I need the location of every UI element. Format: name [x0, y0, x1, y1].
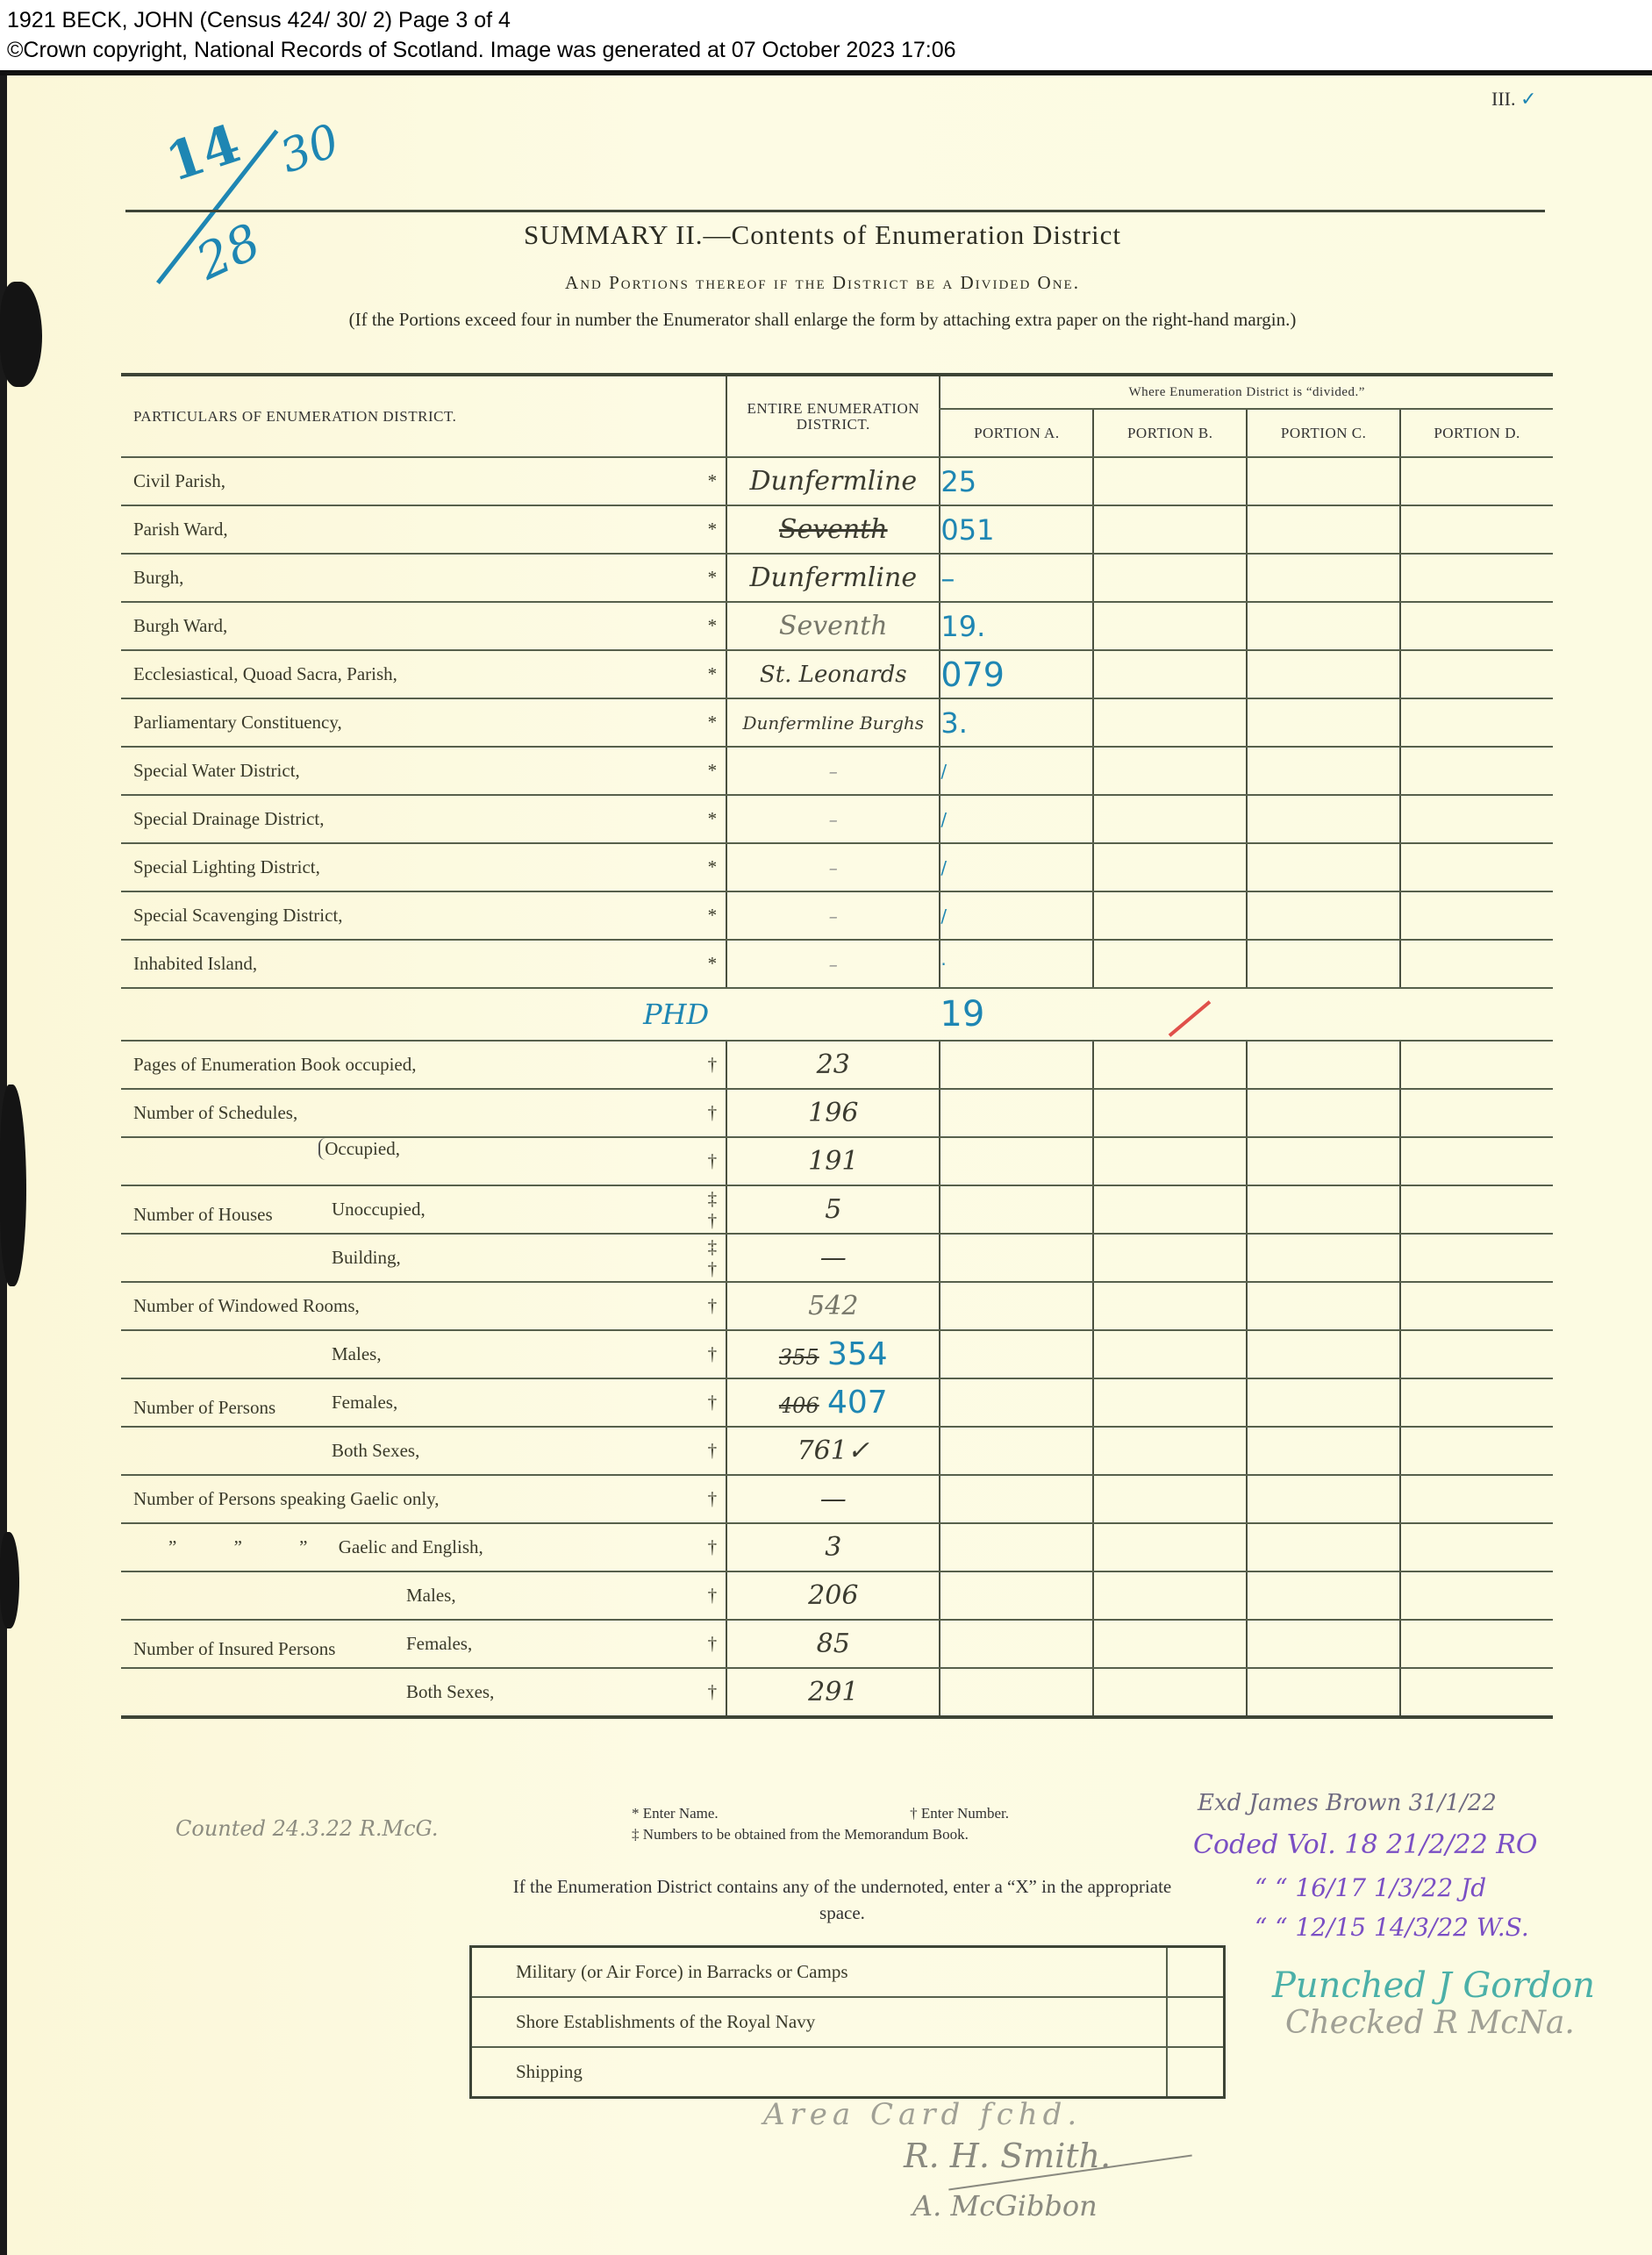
instruction-text: If the Enumeration District contains any… — [491, 1873, 1193, 1926]
portion-d-cell[interactable] — [1400, 891, 1553, 940]
summary-table: PARTICULARS OF ENUMERATION DISTRICT. ENT… — [121, 373, 1553, 1719]
portion-a-cell[interactable] — [940, 1620, 1093, 1668]
entire-value: 5 — [726, 1185, 940, 1234]
row-label: Both Sexes, — [332, 1440, 419, 1461]
table-row: Ecclesiastical, Quoad Sacra, Parish, * S… — [121, 650, 1553, 698]
hw-19: 19 — [940, 988, 1093, 1041]
table-row: Burgh, * Dunfermline – — [121, 554, 1553, 602]
portion-d-cell[interactable] — [1400, 1330, 1553, 1378]
portion-c-cell[interactable] — [1247, 1137, 1400, 1185]
table-row: Unoccupied, ‡ † 5 — [121, 1185, 1553, 1234]
entire-value: 196 — [726, 1089, 940, 1137]
portion-b-cell[interactable] — [1093, 1137, 1247, 1185]
establishment-label: Shore Establishments of the Royal Navy — [471, 1997, 1168, 2047]
table-row: Special Drainage District, * – / — [121, 795, 1553, 843]
struck-value: 406 — [779, 1393, 819, 1418]
table-row: Number of Houses Occupied, † 191 — [121, 1137, 1553, 1185]
portion-a-cell[interactable] — [940, 1185, 1093, 1234]
table-row: Number of Windowed Rooms, † 542 — [121, 1282, 1553, 1330]
table-row: Special Scavenging District, * – / — [121, 891, 1553, 940]
hw-coded-1: Coded Vol. 18 21/2/22 RO — [1193, 1829, 1537, 1860]
portion-d-cell[interactable] — [1400, 505, 1553, 554]
row-label: Males, — [332, 1343, 382, 1365]
hw-checked: Checked R McNa. — [1285, 2005, 1575, 2041]
portion-d-cell[interactable] — [1400, 1571, 1553, 1620]
portion-a-cell[interactable] — [940, 1282, 1093, 1330]
table-row: Shipping — [471, 2047, 1225, 2098]
portion-b-cell[interactable] — [1093, 1089, 1247, 1137]
entire-value: Dunfermline — [726, 457, 940, 505]
entire-value: – — [726, 843, 940, 891]
portion-c-cell[interactable] — [1247, 457, 1400, 505]
portion-b-cell[interactable] — [1093, 1620, 1247, 1668]
portion-d-cell[interactable] — [1400, 1282, 1553, 1330]
portion-d-cell[interactable] — [1400, 1523, 1553, 1571]
entire-value: – — [726, 940, 940, 988]
struck-value: 355 — [779, 1345, 819, 1370]
portion-a-value: / — [940, 843, 1093, 891]
special-establishments-table: Military (or Air Force) in Barracks or C… — [469, 1945, 1226, 2099]
portion-d-cell[interactable] — [1400, 457, 1553, 505]
interstitial-left-cell: PHD — [121, 988, 726, 1041]
col-entire: ENTIRE ENUMERATION DISTRICT. — [726, 375, 940, 457]
portion-c-cell[interactable] — [1247, 1620, 1400, 1668]
form-note: (If the Portions exceed four in number t… — [0, 309, 1645, 331]
row-label: Females, — [406, 1633, 472, 1654]
entire-value: Dunfermline Burghs — [726, 698, 940, 747]
portion-c-cell[interactable] — [1247, 940, 1400, 988]
row-label: Burgh Ward, — [121, 602, 702, 650]
section-label: III. — [1491, 88, 1515, 110]
establishment-x-cell[interactable] — [1167, 1947, 1225, 1998]
dagger-mark: † — [702, 1282, 726, 1330]
portion-d-cell[interactable] — [1400, 1185, 1553, 1234]
entire-value: 85 — [726, 1620, 940, 1668]
asterisk-mark: * — [702, 891, 726, 940]
portion-a-value: 051 — [940, 505, 1093, 554]
asterisk-mark: * — [702, 747, 726, 795]
entire-value: 191 — [726, 1137, 940, 1185]
row-label: Occupied, — [325, 1138, 400, 1159]
portion-d-cell[interactable] — [1400, 1089, 1553, 1137]
asterisk-mark: * — [702, 602, 726, 650]
entire-value: 3 — [726, 1523, 940, 1571]
row-label: Special Water District, — [121, 747, 702, 795]
section-number: III. ✓ — [1491, 88, 1536, 111]
portion-b-cell[interactable] — [1093, 1041, 1247, 1089]
footnote-enter-number: † Enter Number. — [910, 1805, 1009, 1822]
dagger-mark: † — [702, 1620, 726, 1668]
form-subtitle: And Portions thereof if the District be … — [0, 272, 1645, 294]
portion-d-cell[interactable] — [1400, 1378, 1553, 1427]
form-title: SUMMARY II.—Contents of Enumeration Dist… — [0, 219, 1645, 251]
ditto-marks: ” ” ” — [133, 1536, 333, 1557]
hw-coded-2: “ “ 16/17 1/3/22 Jd — [1255, 1873, 1486, 1902]
hw-area-card: Area Card fchd. — [763, 2097, 1082, 2132]
establishment-label: Military (or Air Force) in Barracks or C… — [471, 1947, 1168, 1998]
table-row: Females, † 85 — [121, 1620, 1553, 1668]
dagger-mark: † — [702, 1041, 726, 1089]
portion-b-cell[interactable] — [1093, 891, 1247, 940]
entire-value: Seventh — [726, 602, 940, 650]
col-portion-d: PORTION D. — [1400, 409, 1553, 457]
portion-c-cell[interactable] — [1247, 1330, 1400, 1378]
table-row: Number of Persons speaking Gaelic only, … — [121, 1475, 1553, 1523]
portion-c-cell[interactable] — [1247, 1571, 1400, 1620]
corrected-value: 354 — [824, 1336, 888, 1372]
portion-d-cell[interactable] — [1400, 602, 1553, 650]
row-label: Burgh, — [121, 554, 702, 602]
portion-a-cell[interactable] — [940, 1234, 1093, 1282]
asterisk-mark: * — [702, 505, 726, 554]
col-portion-b: PORTION B. — [1093, 409, 1247, 457]
portion-b-cell[interactable] — [1093, 1330, 1247, 1378]
table-row: ” ” ” Gaelic and English, † 3 — [121, 1523, 1553, 1571]
col-portion-c: PORTION C. — [1247, 409, 1400, 457]
portion-b-cell[interactable] — [1093, 602, 1247, 650]
table-row: Shore Establishments of the Royal Navy — [471, 1997, 1225, 2047]
entire-value: — — [726, 1475, 940, 1523]
dagger-mark: † — [702, 1378, 726, 1427]
portion-d-cell[interactable] — [1400, 1137, 1553, 1185]
portion-c-cell[interactable] — [1247, 602, 1400, 650]
portion-c-cell[interactable] — [1247, 843, 1400, 891]
row-label: Building, — [332, 1247, 401, 1268]
portion-d-cell[interactable] — [1400, 650, 1553, 698]
entire-value: Seventh — [726, 505, 940, 554]
portion-d-cell[interactable] — [1400, 1620, 1553, 1668]
asterisk-mark: * — [702, 698, 726, 747]
table-row: Both Sexes, † 291 — [121, 1668, 1553, 1717]
portion-a-cell[interactable] — [940, 1330, 1093, 1378]
entire-value: – — [726, 747, 940, 795]
row-label: Parliamentary Constituency, — [121, 698, 702, 747]
row-label: Males, — [406, 1585, 456, 1607]
portion-a-cell[interactable] — [940, 1041, 1093, 1089]
row-label: Number of Persons speaking Gaelic only, — [121, 1475, 702, 1523]
table-row: Civil Parish, * Dunfermline 25 — [121, 457, 1553, 505]
table-row: Both Sexes, † 761✓ — [121, 1427, 1553, 1475]
row-label: Unoccupied, — [332, 1199, 426, 1220]
houses-group-cell: Number of Houses Occupied, — [121, 1137, 702, 1185]
entire-value: — — [726, 1234, 940, 1282]
check-icon: ✓ — [1520, 88, 1536, 110]
portion-d-cell[interactable] — [1400, 1041, 1553, 1089]
portion-c-cell[interactable] — [1247, 650, 1400, 698]
top-rule — [125, 210, 1545, 212]
binding-blot — [0, 1532, 19, 1629]
interstitial-row: PHD 19 — [121, 988, 1553, 1041]
dagger-mark: † — [702, 1523, 726, 1571]
table-row: Building, ‡ † — — [121, 1234, 1553, 1282]
dagger-mark: † — [702, 1427, 726, 1475]
table-row: Number of Persons Males, † 355 354 — [121, 1330, 1553, 1378]
portion-c-cell[interactable] — [1247, 1475, 1400, 1523]
asterisk-mark: * — [702, 650, 726, 698]
portion-b-cell[interactable] — [1093, 457, 1247, 505]
portion-a-cell[interactable] — [940, 1137, 1093, 1185]
row-label: Ecclesiastical, Quoad Sacra, Parish, — [121, 650, 702, 698]
record-title: 1921 BECK, JOHN (Census 424/ 30/ 2) Page… — [7, 5, 1652, 35]
dagger-mark: ‡ † — [702, 1185, 726, 1234]
dagger-mark: † — [702, 1571, 726, 1620]
portion-a-value: 25 — [940, 457, 1093, 505]
col-portion-a: PORTION A. — [940, 409, 1093, 457]
corrected-value: 407 — [824, 1385, 888, 1421]
table-row: Parish Ward, * Seventh 051 — [121, 505, 1553, 554]
portion-a-value: / — [940, 795, 1093, 843]
portion-a-cell[interactable] — [940, 1668, 1093, 1717]
table-row: Special Water District, * – / — [121, 747, 1553, 795]
portion-b-cell[interactable] — [1093, 795, 1247, 843]
row-label: Inhabited Island, — [121, 940, 702, 988]
portion-b-cell[interactable] — [1093, 1475, 1247, 1523]
portion-c-cell[interactable] — [1247, 505, 1400, 554]
hw-coded-3: “ “ 12/15 14/3/22 W.S. — [1255, 1913, 1529, 1942]
portion-b-cell[interactable] — [1093, 698, 1247, 747]
portion-b-cell[interactable] — [1093, 1427, 1247, 1475]
entire-value: 23 — [726, 1041, 940, 1089]
entire-value: – — [726, 795, 940, 843]
row-label: Parish Ward, — [121, 505, 702, 554]
portion-b-cell[interactable] — [1093, 1282, 1247, 1330]
table-row: Number of Schedules, † 196 — [121, 1089, 1553, 1137]
portion-c-cell[interactable] — [1247, 1234, 1400, 1282]
portion-c-cell[interactable] — [1247, 1427, 1400, 1475]
table-row: Military (or Air Force) in Barracks or C… — [471, 1947, 1225, 1998]
hw-punched: Punched J Gordon — [1272, 1965, 1595, 2006]
red-tick-icon — [1169, 1000, 1212, 1037]
portion-a-cell[interactable] — [940, 1475, 1093, 1523]
entire-value: – — [726, 891, 940, 940]
portion-b-cell[interactable] — [1093, 1668, 1247, 1717]
asterisk-mark: * — [702, 554, 726, 602]
asterisk-mark: * — [702, 940, 726, 988]
brace-icon: Occupied, — [318, 1138, 400, 1160]
entire-value: St. Leonards — [726, 650, 940, 698]
hw-signature-mcgibbon: A. McGibbon — [912, 2189, 1098, 2223]
establishment-x-cell[interactable] — [1167, 2047, 1225, 2098]
portion-b-cell[interactable] — [1093, 1378, 1247, 1427]
portion-c-cell[interactable] — [1247, 795, 1400, 843]
entire-value: 761✓ — [726, 1427, 940, 1475]
portion-d-cell[interactable] — [1400, 698, 1553, 747]
col-particulars: PARTICULARS OF ENUMERATION DISTRICT. — [121, 375, 726, 457]
portion-b-cell[interactable] — [1093, 940, 1247, 988]
entire-value: 542 — [726, 1282, 940, 1330]
footnotes: * Enter Name. † Enter Number. ‡ Numbers … — [632, 1805, 1009, 1843]
dagger-mark: † — [702, 1475, 726, 1523]
table-row: Burgh Ward, * Seventh 19. — [121, 602, 1553, 650]
entire-value-cell: 406 407 — [726, 1378, 940, 1427]
entire-value: 206 — [726, 1571, 940, 1620]
copyright-line: ©Crown copyright, National Records of Sc… — [7, 35, 1652, 65]
portion-b-cell[interactable] — [1093, 505, 1247, 554]
table-row: Pages of Enumeration Book occupied, † 23 — [121, 1041, 1553, 1089]
portion-a-cell[interactable] — [940, 1523, 1093, 1571]
dagger-mark: † — [702, 1089, 726, 1137]
row-label: Civil Parish, — [121, 457, 702, 505]
asterisk-mark: * — [702, 795, 726, 843]
entire-value-cell: 355 354 — [726, 1330, 940, 1378]
row-label: Gaelic and English, — [339, 1536, 483, 1557]
portion-d-cell[interactable] — [1400, 1427, 1553, 1475]
portion-c-cell[interactable] — [1247, 1668, 1400, 1717]
table-row: Inhabited Island, * – · — [121, 940, 1553, 988]
row-label: Special Drainage District, — [121, 795, 702, 843]
portion-a-cell[interactable] — [940, 1378, 1093, 1427]
establishment-x-cell[interactable] — [1167, 1997, 1225, 2047]
portion-c-cell[interactable] — [1247, 1041, 1400, 1089]
interstitial-gap — [726, 988, 940, 1041]
dagger-mark: † — [702, 1668, 726, 1717]
portion-a-cell[interactable] — [940, 1089, 1093, 1137]
group-label-insured: Number of Insured Persons — [133, 1638, 335, 1660]
portion-b-cell[interactable] — [1093, 1523, 1247, 1571]
portion-c-cell[interactable] — [1247, 1378, 1400, 1427]
portion-a-value: / — [940, 747, 1093, 795]
row-label: Number of Schedules, — [121, 1089, 702, 1137]
portion-b-cell[interactable] — [1093, 650, 1247, 698]
entire-value: Dunfermline — [726, 554, 940, 602]
dagger-mark: ‡ † — [702, 1234, 726, 1282]
portion-b-cell[interactable] — [1093, 1234, 1247, 1282]
footnote-enter-name: * Enter Name. — [632, 1805, 719, 1822]
portion-a-value: 079 — [940, 650, 1093, 698]
portion-b-cell[interactable] — [1093, 1571, 1247, 1620]
hw-examined: Exd James Brown 31/1/22 — [1198, 1790, 1497, 1816]
row-label: Both Sexes, — [406, 1681, 494, 1702]
portion-d-cell[interactable] — [1400, 1234, 1553, 1282]
footnote-memorandum: ‡ Numbers to be obtained from the Memora… — [632, 1826, 1009, 1843]
entire-value: 291 — [726, 1668, 940, 1717]
group-label-persons: Number of Persons — [133, 1397, 275, 1419]
row-label: Special Scavenging District, — [121, 891, 702, 940]
portion-a-cell[interactable] — [940, 1571, 1093, 1620]
portion-a-value: – — [940, 554, 1093, 602]
portion-c-cell[interactable] — [1247, 1523, 1400, 1571]
group-label-houses: Number of Houses — [133, 1204, 273, 1226]
portion-d-cell[interactable] — [1400, 554, 1553, 602]
document-header: 1921 BECK, JOHN (Census 424/ 30/ 2) Page… — [0, 0, 1652, 70]
portion-c-cell[interactable] — [1247, 698, 1400, 747]
hw-phd: PHD — [643, 998, 709, 1031]
portion-c-cell[interactable] — [1247, 747, 1400, 795]
portion-b-cell[interactable] — [1093, 843, 1247, 891]
portion-c-cell[interactable] — [1247, 1282, 1400, 1330]
portion-b-cell[interactable] — [1093, 554, 1247, 602]
portion-d-cell[interactable] — [1400, 795, 1553, 843]
table-row: Special Lighting District, * – / — [121, 843, 1553, 891]
hw-counted: Counted 24.3.22 R.McG. — [175, 1816, 438, 1841]
asterisk-mark: * — [702, 457, 726, 505]
portion-b-cell[interactable] — [1093, 1185, 1247, 1234]
portion-a-cell[interactable] — [940, 1427, 1093, 1475]
portion-c-cell[interactable] — [1247, 891, 1400, 940]
binding-blot — [0, 282, 42, 387]
portion-a-value: 3. — [940, 698, 1093, 747]
row-label: Number of Windowed Rooms, — [121, 1282, 702, 1330]
table-row: Number of Insured Persons Males, † 206 — [121, 1571, 1553, 1620]
establishment-label: Shipping — [471, 2047, 1168, 2098]
portion-d-cell[interactable] — [1400, 1475, 1553, 1523]
binding-blot — [0, 1085, 26, 1286]
asterisk-mark: * — [702, 843, 726, 891]
portion-b-cell[interactable] — [1093, 747, 1247, 795]
dagger-mark: † — [702, 1137, 726, 1185]
portion-d-cell[interactable] — [1400, 843, 1553, 891]
col-divided: Where Enumeration District is “divided.” — [940, 375, 1553, 409]
table-row: Parliamentary Constituency, * Dunfermlin… — [121, 698, 1553, 747]
table-row: Females, † 406 407 — [121, 1378, 1553, 1427]
row-label: Pages of Enumeration Book occupied, — [121, 1041, 702, 1089]
row-label: Special Lighting District, — [121, 843, 702, 891]
portion-c-cell[interactable] — [1247, 1185, 1400, 1234]
portion-a-value: / — [940, 891, 1093, 940]
portion-d-cell[interactable] — [1400, 940, 1553, 988]
portion-c-cell[interactable] — [1247, 554, 1400, 602]
portion-a-value: · — [940, 940, 1093, 988]
interstitial-red-tick-cell — [1093, 988, 1553, 1041]
dagger-mark: † — [702, 1330, 726, 1378]
portion-c-cell[interactable] — [1247, 1089, 1400, 1137]
row-label: Females, — [332, 1392, 397, 1413]
portion-d-cell[interactable] — [1400, 747, 1553, 795]
portion-d-cell[interactable] — [1400, 1668, 1553, 1717]
portion-a-value: 19. — [940, 602, 1093, 650]
